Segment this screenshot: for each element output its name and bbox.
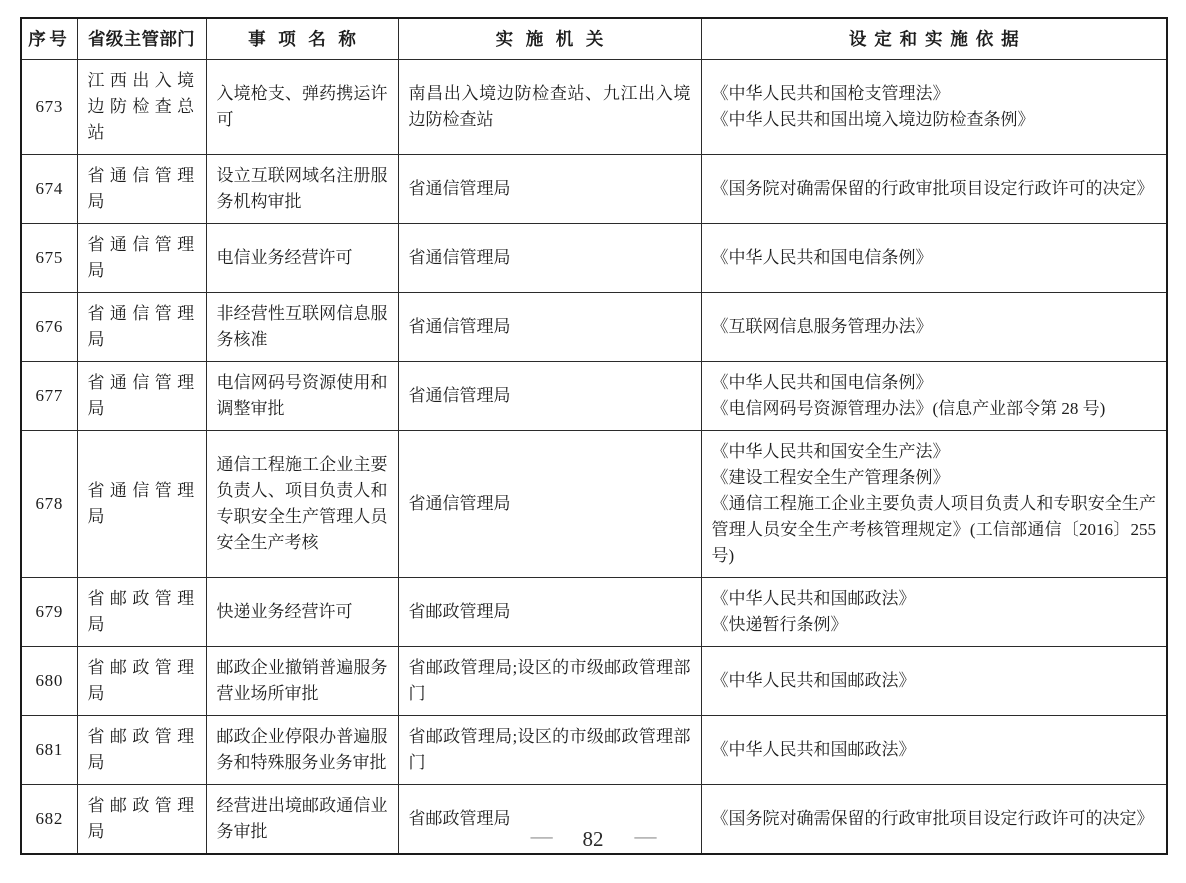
column-header-no: 序号	[21, 18, 77, 60]
table-header-row: 序号省级主管部门事项名称实施机关设定和实施依据	[21, 18, 1167, 60]
cell-department: 江西出入境边防检查总站	[77, 60, 206, 155]
legal-basis-line: 《互联网信息服务管理办法》	[712, 314, 1157, 340]
cell-implementing-agency: 省邮政管理局;设区的市级邮政管理部门	[398, 647, 701, 716]
cell-legal-basis: 《中华人民共和国邮政法》	[701, 647, 1167, 716]
cell-row-number: 679	[21, 578, 77, 647]
cell-item-name: 电信业务经营许可	[206, 224, 398, 293]
cell-legal-basis: 《中华人民共和国邮政法》	[701, 716, 1167, 785]
cell-row-number: 674	[21, 155, 77, 224]
column-header-basis: 设定和实施依据	[701, 18, 1167, 60]
cell-item-name: 通信工程施工企业主要负责人、项目负责人和专职安全生产管理人员安全生产考核	[206, 431, 398, 578]
column-header-agency: 实施机关	[398, 18, 701, 60]
page-number: 82	[583, 827, 604, 852]
column-header-department: 省级主管部门	[77, 18, 206, 60]
cell-implementing-agency: 省通信管理局	[398, 155, 701, 224]
table-row: 679省邮政管理局快递业务经营许可省邮政管理局《中华人民共和国邮政法》《快递暂行…	[21, 578, 1167, 647]
cell-item-name: 入境枪支、弹药携运许可	[206, 60, 398, 155]
cell-department: 省通信管理局	[77, 293, 206, 362]
cell-item-name: 邮政企业撤销普遍服务营业场所审批	[206, 647, 398, 716]
document-page: 序号省级主管部门事项名称实施机关设定和实施依据 673江西出入境边防检查总站入境…	[0, 0, 1186, 883]
cell-department: 省邮政管理局	[77, 647, 206, 716]
legal-basis-line: 《中华人民共和国出境入境边防检查条例》	[712, 107, 1157, 133]
table-body: 673江西出入境边防检查总站入境枪支、弹药携运许可南昌出入境边防检查站、九江出入…	[21, 60, 1167, 855]
table-row: 681省邮政管理局邮政企业停限办普遍服务和特殊服务业务审批省邮政管理局;设区的市…	[21, 716, 1167, 785]
cell-item-name: 邮政企业停限办普遍服务和特殊服务业务审批	[206, 716, 398, 785]
legal-basis-line: 《中华人民共和国枪支管理法》	[712, 81, 1157, 107]
cell-legal-basis: 《中华人民共和国邮政法》《快递暂行条例》	[701, 578, 1167, 647]
cell-row-number: 676	[21, 293, 77, 362]
cell-implementing-agency: 省通信管理局	[398, 224, 701, 293]
legal-basis-line: 《通信工程施工企业主要负责人项目负责人和专职安全生产管理人员安全生产考核管理规定…	[712, 491, 1157, 569]
legal-basis-line: 《中华人民共和国邮政法》	[712, 586, 1157, 612]
cell-legal-basis: 《国务院对确需保留的行政审批项目设定行政许可的决定》	[701, 155, 1167, 224]
cell-row-number: 680	[21, 647, 77, 716]
cell-row-number: 673	[21, 60, 77, 155]
cell-item-name: 设立互联网域名注册服务机构审批	[206, 155, 398, 224]
table-row: 676省通信管理局非经营性互联网信息服务核准省通信管理局《互联网信息服务管理办法…	[21, 293, 1167, 362]
cell-implementing-agency: 省通信管理局	[398, 431, 701, 578]
cell-department: 省通信管理局	[77, 362, 206, 431]
table-row: 674省通信管理局设立互联网域名注册服务机构审批省通信管理局《国务院对确需保留的…	[21, 155, 1167, 224]
legal-basis-line: 《中华人民共和国电信条例》	[712, 245, 1157, 271]
table-row: 680省邮政管理局邮政企业撤销普遍服务营业场所审批省邮政管理局;设区的市级邮政管…	[21, 647, 1167, 716]
legal-basis-line: 《快递暂行条例》	[712, 612, 1157, 638]
legal-basis-line: 《中华人民共和国安全生产法》	[712, 439, 1157, 465]
cell-implementing-agency: 省邮政管理局;设区的市级邮政管理部门	[398, 716, 701, 785]
table-row: 675省通信管理局电信业务经营许可省通信管理局《中华人民共和国电信条例》	[21, 224, 1167, 293]
cell-department: 省通信管理局	[77, 155, 206, 224]
cell-legal-basis: 《中华人民共和国电信条例》《电信网码号资源管理办法》(信息产业部令第 28 号)	[701, 362, 1167, 431]
cell-legal-basis: 《中华人民共和国安全生产法》《建设工程安全生产管理条例》《通信工程施工企业主要负…	[701, 431, 1167, 578]
approval-items-table: 序号省级主管部门事项名称实施机关设定和实施依据 673江西出入境边防检查总站入境…	[20, 17, 1168, 855]
table-row: 673江西出入境边防检查总站入境枪支、弹药携运许可南昌出入境边防检查站、九江出入…	[21, 60, 1167, 155]
table-row: 678省通信管理局通信工程施工企业主要负责人、项目负责人和专职安全生产管理人员安…	[21, 431, 1167, 578]
footer-dash-right: —	[635, 823, 656, 848]
cell-row-number: 675	[21, 224, 77, 293]
cell-implementing-agency: 南昌出入境边防检查站、九江出入境边防检查站	[398, 60, 701, 155]
cell-item-name: 快递业务经营许可	[206, 578, 398, 647]
page-footer: — 82 —	[0, 826, 1186, 852]
table-row: 677省通信管理局电信网码号资源使用和调整审批省通信管理局《中华人民共和国电信条…	[21, 362, 1167, 431]
cell-row-number: 681	[21, 716, 77, 785]
legal-basis-line: 《建设工程安全生产管理条例》	[712, 465, 1157, 491]
cell-implementing-agency: 省邮政管理局	[398, 578, 701, 647]
footer-dash-left: —	[531, 823, 552, 848]
cell-item-name: 非经营性互联网信息服务核准	[206, 293, 398, 362]
legal-basis-line: 《国务院对确需保留的行政审批项目设定行政许可的决定》	[712, 176, 1157, 202]
cell-row-number: 678	[21, 431, 77, 578]
legal-basis-line: 《中华人民共和国邮政法》	[712, 668, 1157, 694]
legal-basis-line: 《中华人民共和国电信条例》	[712, 370, 1157, 396]
cell-legal-basis: 《中华人民共和国电信条例》	[701, 224, 1167, 293]
cell-item-name: 电信网码号资源使用和调整审批	[206, 362, 398, 431]
cell-department: 省邮政管理局	[77, 716, 206, 785]
cell-legal-basis: 《互联网信息服务管理办法》	[701, 293, 1167, 362]
cell-department: 省通信管理局	[77, 224, 206, 293]
cell-department: 省邮政管理局	[77, 578, 206, 647]
cell-department: 省通信管理局	[77, 431, 206, 578]
cell-implementing-agency: 省通信管理局	[398, 293, 701, 362]
legal-basis-line: 《中华人民共和国邮政法》	[712, 737, 1157, 763]
cell-legal-basis: 《中华人民共和国枪支管理法》《中华人民共和国出境入境边防检查条例》	[701, 60, 1167, 155]
column-header-item: 事项名称	[206, 18, 398, 60]
cell-implementing-agency: 省通信管理局	[398, 362, 701, 431]
legal-basis-line: 《电信网码号资源管理办法》(信息产业部令第 28 号)	[712, 396, 1157, 422]
cell-row-number: 677	[21, 362, 77, 431]
